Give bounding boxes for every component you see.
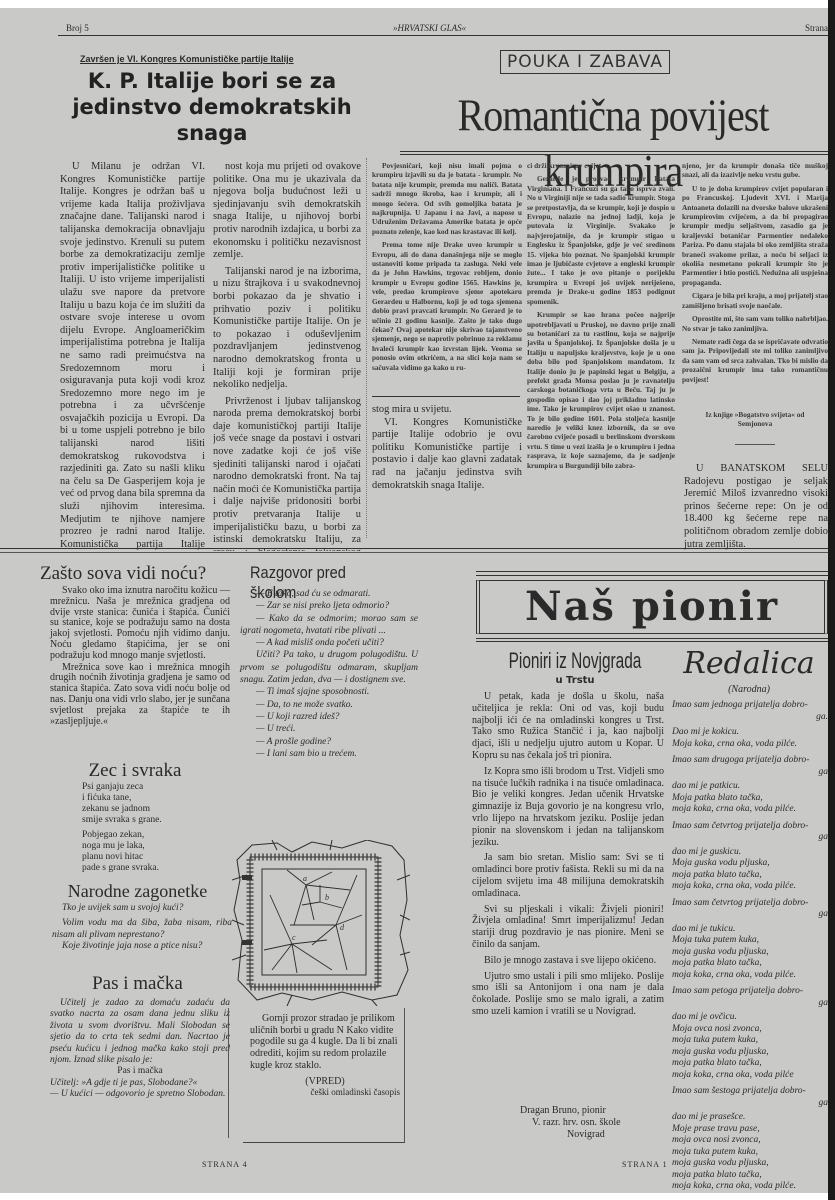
verse-line: Moja tuka putem kuka, xyxy=(672,935,828,947)
dialog-line: — U koji razred ideš? xyxy=(240,711,418,723)
divider xyxy=(372,396,520,397)
riddle: Volim vodu ma da šiba, žaba nisam, riba … xyxy=(52,918,232,941)
verse-line: moja patka blato tačka, xyxy=(672,1058,828,1070)
signature-line: Dragan Bruno, pionir xyxy=(472,1105,664,1117)
verse-line: ga xyxy=(672,767,828,779)
article1-continuation: stog mira u svijetu. VI. Kongres Komunis… xyxy=(372,404,522,544)
dialog-line: — Da, to ne može svatko. xyxy=(240,699,418,711)
divider xyxy=(735,444,775,445)
paragraph: stog mira u svijetu. xyxy=(372,404,522,417)
verse-line: dao mi je patkicu. xyxy=(672,781,828,793)
verse-line: ga xyxy=(672,909,828,921)
paragraph: Talijanski narod je na izborima, u nizu … xyxy=(213,266,361,392)
riddles-list: Tko je uvijek sam u svojoj kući? Volim v… xyxy=(52,903,232,952)
riddle: Koje životinje jaja nose a ptice nisu? xyxy=(52,941,232,952)
paragraph: Cigara je bila pri kraju, a moj prijatel… xyxy=(682,291,828,310)
verse-line: moja koka, crna oka, voda pilće. xyxy=(672,881,828,893)
paragraph: Svako oko ima iznutra naročitu kožicu — … xyxy=(50,586,230,662)
poem-line: zekanu se jadnom xyxy=(82,804,232,815)
puzzle-text: Gornji prozor stradao je prilikom ulični… xyxy=(250,1013,400,1099)
owl-text: Svako oko ima iznutra naročitu kožicu — … xyxy=(50,586,230,727)
verse-line: ga xyxy=(672,1098,828,1110)
verse-line: moja guska vodu pljuska, xyxy=(672,947,828,959)
verse-line: moja tuka putem kuka, xyxy=(672,1035,828,1047)
source-line: Iz knjige »Bogatstvo svijeta« od xyxy=(682,410,828,419)
verse-line: Imao sam jednoga prijatelja dobro- xyxy=(672,700,828,712)
newspaper-name: »HRVATSKI GLAS« xyxy=(393,23,466,33)
headline-line-1: K. P. Italije bori se za xyxy=(62,68,362,94)
school-dialog: — E tako, sad ću se odmarati. — Zar se n… xyxy=(240,588,418,760)
verse-line: moja koka, crna oka, voda pilće. xyxy=(672,804,828,816)
page-footer-right: STRANA 1 xyxy=(622,1160,668,1169)
poem-line: planu novi hitac xyxy=(82,852,232,863)
dogcat-title: Pas i mačka xyxy=(40,973,235,995)
article1-column-2: nost koja mu prijeti od ovakove politike… xyxy=(213,161,361,551)
verse-line: Imao sam četvrtog prijatelja dobro- xyxy=(672,898,828,910)
hare-title: Zec i svraka xyxy=(40,760,230,782)
pioneer-signature: Dragan Bruno, pionir V. razr. hrv. osn. … xyxy=(472,1105,664,1141)
verse-line: moja tuka putem kuka, xyxy=(672,1147,828,1159)
paragraph: njeno, jer da krumpir donaša tiče muškoj… xyxy=(682,161,828,180)
paragraph: Učitelj je zadao za domaću zadaću da sva… xyxy=(50,998,230,1066)
paragraph: Svi su pljeskali i vikali: Živjeli pioni… xyxy=(472,904,664,951)
paragraph: U to je doba krumpirov cvijet popularan … xyxy=(682,184,828,287)
verse-line: Moja ovca nosi zvonca, xyxy=(672,1024,828,1036)
verse-line: moja koka, crna oka, voda pilće xyxy=(672,1070,828,1082)
paragraph: Iz Kopra smo išli brodom u Trst. Vidjeli… xyxy=(472,766,664,849)
verse-line: dao mi je ovčicu. xyxy=(672,1012,828,1024)
page-label: Strana xyxy=(805,23,828,33)
redalica-subtitle: (Narodna) xyxy=(670,684,828,695)
dialog-line: — A kad misliš onda početi učiti? xyxy=(240,637,418,649)
poem-line: smije svraka s grane. xyxy=(82,815,232,826)
paragraph: Bilo je mnogo zastava i sve lijepo okiće… xyxy=(472,955,664,967)
verse-line: dao mi je prasešce. xyxy=(672,1112,828,1124)
verse-line: moja ovca nosi zvonca, xyxy=(672,1135,828,1147)
verse-line: Moja koka, crna oka, voda pilće. xyxy=(672,739,828,751)
dialog-line: — U treći. xyxy=(240,723,418,735)
verse-line: Moja guska vodu pljuska, xyxy=(672,858,828,870)
verse-line: moja patka blato tačka, xyxy=(672,1170,828,1182)
paragraph: Ujutro smo ustali i pili smo mlijeko. Po… xyxy=(472,971,664,1018)
verse-line: moja guska vodu pljuska, xyxy=(672,1158,828,1170)
poem-line: noga mu je laka, xyxy=(82,841,232,852)
source: (VPRED) xyxy=(250,1076,400,1088)
author: Semjonova xyxy=(682,419,828,428)
poem-line: pade s grane svraka. xyxy=(82,863,232,874)
headline-rule xyxy=(400,151,828,155)
verse-line: moja koka, crna oka, voda pilće. xyxy=(672,970,828,982)
paragraph: Povjesničari, koji nisu imali pojma o kr… xyxy=(372,161,522,236)
page-header: Broj 5 »HRVATSKI GLAS« Strana xyxy=(58,22,828,36)
verse-line: Imao sam četvrtog prijatelja dobro- xyxy=(672,821,828,833)
pioneer-article-title: Pioniri iz Novjgrada xyxy=(509,648,642,674)
dialog-line: Učitelj: »A gdje ti je pas, Slobodane?« xyxy=(50,1078,230,1089)
verse-line: Dao mi je kokicu. xyxy=(672,727,828,739)
paragraph: Oprostite mi, što sam vam toliko nabrblj… xyxy=(682,314,828,333)
verse-line: moja guska vodu pljuska, xyxy=(672,1047,828,1059)
label-b: b xyxy=(325,893,329,902)
dogcat-text: Učitelj je zadao za domaću zadaću da sva… xyxy=(50,998,230,1101)
pioneer-banner: Naš pionir xyxy=(476,580,828,634)
news-item: U BANATSKOM SELU Radojevu postigao je se… xyxy=(684,463,828,553)
paragraph: VI. Kongres Komunističke partije Italije… xyxy=(372,417,522,493)
redalica-title: Redalica xyxy=(670,646,828,681)
page-footer-left: STRANA 4 xyxy=(202,1160,248,1169)
newspaper-spread: Broj 5 »HRVATSKI GLAS« Strana Završen je… xyxy=(0,8,828,1193)
paragraph: U Milanu je održan VI. Kongres Komunisti… xyxy=(60,161,205,551)
section-label: POUKA I ZABAVA xyxy=(500,50,670,74)
article1-column-1: U Milanu je održan VI. Kongres Komunisti… xyxy=(60,161,205,551)
broken-window-illustration: a b c d xyxy=(232,840,410,1006)
article2-source: Iz knjige »Bogatstvo svijeta« od Semjono… xyxy=(682,410,828,429)
verse-line: Imao sam drugoga prijatelja dobro- xyxy=(672,755,828,767)
banner-rule xyxy=(476,638,828,642)
section-rule xyxy=(0,548,828,553)
signature-line: Novigrad xyxy=(472,1129,664,1141)
riddles-title: Narodne zagonetke xyxy=(40,880,235,902)
paragraph: U BANATSKOM SELU Radojevu postigao je se… xyxy=(684,463,828,551)
page-edge-shadow xyxy=(828,0,835,1200)
paragraph: Nemate radi čega da se ispričavate odvra… xyxy=(682,337,828,384)
verse-line: Imao sam petoga prijatelja dobro- xyxy=(672,986,828,998)
paragraph: Krumpir se kao hrana počeo najprije upot… xyxy=(527,310,675,470)
riddle: Tko je uvijek sam u svojoj kući? xyxy=(52,903,232,914)
paragraph: ci drži krumpirov cvijet. xyxy=(527,161,675,170)
banner-title: Naš pionir xyxy=(480,581,824,633)
dialog-line: — A prošle godine? xyxy=(240,736,418,748)
headline-line-2: jedinstvo demokratskih snaga xyxy=(62,94,362,146)
dialog-line: — Ti imaš sjajne sposobnosti. xyxy=(240,686,418,698)
pioneer-article-body: U petak, kada je došla u školu, naša uči… xyxy=(472,691,664,1018)
dialog-line: — E tako, sad ću se odmarati. xyxy=(240,588,418,600)
source: češki omladinski časopis xyxy=(250,1087,400,1099)
poem-line: Pobjegao zekan, xyxy=(82,830,232,841)
dialog-line: — I lani sam bio u trećem. xyxy=(240,748,418,760)
verse-line: ga. xyxy=(672,712,828,724)
paragraph: Gornji prozor stradao je prilikom ulični… xyxy=(250,1013,400,1072)
verse-line: dao mi je tukicu. xyxy=(672,924,828,936)
article-headline: K. P. Italije bori se za jedinstvo demok… xyxy=(62,68,362,146)
signature-line: V. razr. hrv. osn. škole xyxy=(472,1117,664,1129)
verse-line: Moja patka blato tačka, xyxy=(672,793,828,805)
verse-line: ga xyxy=(672,998,828,1010)
column-divider xyxy=(366,158,367,538)
paragraph: Mrežnica sove kao i mrežnica mnogih drug… xyxy=(50,663,230,728)
verse-line: Imao sam šestoga prijatelja dobro- xyxy=(672,1086,828,1098)
label-c: c xyxy=(292,933,296,942)
article-kicker: Završen je VI. Kongres Komunističke part… xyxy=(80,54,294,64)
column-divider xyxy=(228,1008,229,1138)
caption: Pas i mačka xyxy=(50,1066,230,1077)
paragraph: Prema tome nije Drake uveo krumpir u Evr… xyxy=(372,240,522,372)
verse-line: moja patka blato tačka, xyxy=(672,870,828,882)
verse-line: dao mi je guskicu. xyxy=(672,847,828,859)
article2-column-2: ci drži krumpirov cvijet. Gerarde je pro… xyxy=(527,161,675,551)
article2-column-1: Povjesničari, koji nisu imali pojma o kr… xyxy=(372,161,522,389)
owl-title: Zašto sova vidi noću? xyxy=(40,563,230,585)
hare-poem: Psi ganjaju zeca i fićuka tane, zekanu s… xyxy=(82,782,232,874)
poem-line: Psi ganjaju zeca xyxy=(82,782,232,793)
paragraph: U petak, kada je došla u školu, naša uči… xyxy=(472,691,664,762)
paragraph: Ja sam bio sretan. Mislio sam: Svi se ti… xyxy=(472,852,664,899)
article2-column-3: njeno, jer da krumpir donaša tiče muškoj… xyxy=(682,161,828,401)
banner-rule xyxy=(476,571,828,576)
verse-line: moja patka blato tačka, xyxy=(672,958,828,970)
dialog-line: — U kućici — odgovorio je spretno Slobod… xyxy=(50,1089,230,1100)
label-a: a xyxy=(303,874,307,883)
verse-line: moja koka, crna oka, voda pilće. xyxy=(672,1181,828,1193)
dialog-line: Učiti? Pa tako, u drugom polugodištu. U … xyxy=(240,649,418,686)
issue-number: Broj 5 xyxy=(66,23,89,33)
pioneer-article-subtitle: u Trstu xyxy=(480,675,670,686)
verse-line: Moje prase travu pase, xyxy=(672,1124,828,1136)
redalica-poem: Imao sam jednoga prijatelja dobro- ga. D… xyxy=(672,700,828,1193)
paragraph: Gerarde je prozvao krumpir Batata Virgin… xyxy=(527,174,675,306)
poem-line: i fićuka tane, xyxy=(82,793,232,804)
dialog-line: — Kako da se odmorim; morao sam se igrat… xyxy=(240,613,418,638)
dialog-line: — Zar se nisi preko ljeta odmorio? xyxy=(240,600,418,612)
verse-line: ga xyxy=(672,832,828,844)
paragraph: nost koja mu prijeti od ovakove politike… xyxy=(213,161,361,262)
paragraph: Privrženost i ljubav talijanskog naroda … xyxy=(213,396,361,551)
